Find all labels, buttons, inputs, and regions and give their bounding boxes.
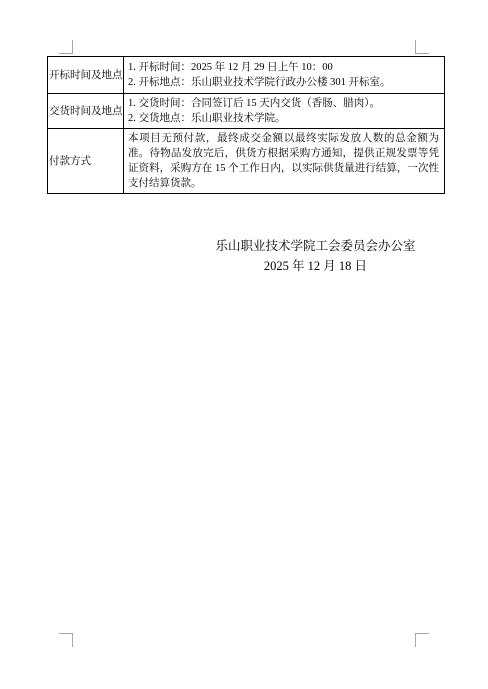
row-header-bid-opening: 开标时间及地点 — [48, 57, 124, 94]
crop-mark-top-right — [415, 40, 429, 54]
crop-mark-bottom-left — [59, 633, 73, 647]
table-row-bid-opening: 开标时间及地点 1. 开标时间：2025 年 12 月 29 日上午 10：00… — [48, 57, 445, 94]
content-line: 2. 交货地点：乐山职业技术学院。 — [128, 111, 439, 126]
bid-info-table: 开标时间及地点 1. 开标时间：2025 年 12 月 29 日上午 10：00… — [47, 56, 445, 194]
content-line: 1. 交货时间：合同签订后 15 天内交货（香肠、腊肉）。 — [128, 96, 439, 111]
content-line: 2. 开标地点：乐山职业技术学院行政办公楼 301 开标室。 — [128, 75, 439, 90]
content-line: 1. 开标时间：2025 年 12 月 29 日上午 10：00 — [128, 60, 439, 75]
row-content-bid-opening: 1. 开标时间：2025 年 12 月 29 日上午 10：00 2. 开标地点… — [124, 57, 445, 94]
content-line: 本项目无预付款，最终成交金额以最终实际发放人数的总金额为准。待物品发放完后，供货… — [128, 131, 439, 191]
row-content-delivery: 1. 交货时间：合同签订后 15 天内交货（香肠、腊肉）。 2. 交货地点：乐山… — [124, 94, 445, 129]
crop-mark-bottom-right — [415, 633, 429, 647]
table-row-payment: 付款方式 本项目无预付款，最终成交金额以最终实际发放人数的总金额为准。待物品发放… — [48, 129, 445, 194]
table-row-delivery: 交货时间及地点 1. 交货时间：合同签订后 15 天内交货（香肠、腊肉）。 2.… — [48, 94, 445, 129]
document-page: { "document": { "table": { "rows": [ { "… — [0, 0, 488, 689]
signature-date: 2025 年 12 月 18 日 — [187, 256, 444, 276]
crop-mark-top-left — [59, 40, 73, 54]
signature-block: 乐山职业技术学院工会委员会办公室 2025 年 12 月 18 日 — [187, 236, 444, 276]
row-header-payment: 付款方式 — [48, 129, 124, 194]
row-header-delivery: 交货时间及地点 — [48, 94, 124, 129]
row-content-payment: 本项目无预付款，最终成交金额以最终实际发放人数的总金额为准。待物品发放完后，供货… — [124, 129, 445, 194]
signature-org: 乐山职业技术学院工会委员会办公室 — [187, 236, 444, 256]
